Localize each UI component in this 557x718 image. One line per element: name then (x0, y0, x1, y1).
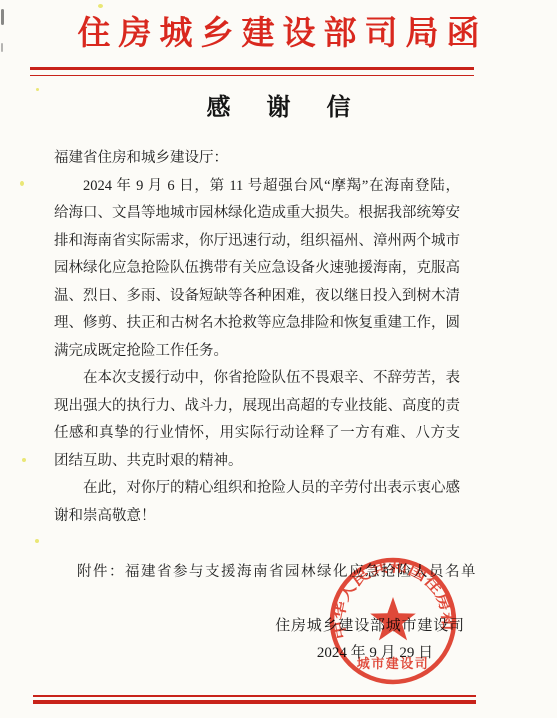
paragraph-1-line: 给海口、文昌等地城市园林绿化造成重大损失。根据我部统筹安 (54, 200, 460, 228)
paragraph-3-line: 谢和崇高敬意！ (54, 503, 460, 531)
scanned-letter-page: 住房城乡建设部司局函 感 谢 信 福建省住房和城乡建设厅： 2024 年 9 月… (0, 0, 557, 718)
paragraph-3-line: 在此，对你厅的精心组织和抢险人员的辛劳付出表示衷心感 (54, 475, 460, 503)
paragraph-1-line: 理、修剪、扶正和古树名木抢救等应急排险和恢复重建工作，圆 (54, 310, 460, 338)
official-seal: 中华人民共和国住房和城乡建设部 城市建设司 (325, 553, 461, 689)
scan-speck (20, 181, 24, 186)
paragraph-1-line: 温、烈日、多雨、设备短缺等各种困难，夜以继日投入到树木清 (54, 283, 460, 311)
paragraph-2-line: 任感和真挚的行业情怀，用实际行动诠释了一方有难、八方支援、 (54, 420, 460, 448)
scan-speck (36, 88, 39, 91)
scan-speck (98, 4, 103, 8)
letter-body: 福建省住房和城乡建设厅： 2024 年 9 月 6 日，第 11 号超强台风“摩… (54, 145, 460, 530)
document-title: 感 谢 信 (0, 94, 557, 122)
scan-speck (35, 539, 39, 543)
letterhead-rule-thin (30, 75, 474, 76)
footer-rule-thin (33, 695, 476, 697)
paragraph-1-line: 排和海南省实际需求，你厅迅速行动，组织福州、漳州两个城市 (54, 228, 460, 256)
footer-rule-thick (33, 700, 476, 704)
paragraph-2-line: 在本次支援行动中，你省抢险队伍不畏艰辛、不辞劳苦，表 (54, 365, 460, 393)
scan-smudge (1, 43, 3, 52)
paragraph-1-line: 满完成既定抢险工作任务。 (54, 338, 460, 366)
salutation: 福建省住房和城乡建设厅： (54, 145, 460, 173)
paragraph-2-line: 现出强大的执行力、战斗力，展现出高超的专业技能、高度的责 (54, 393, 460, 421)
scan-smudge (1, 9, 4, 25)
letterhead-title: 住房城乡建设部司局函 (0, 13, 557, 55)
paragraph-2-line: 团结互助、共克时艰的精神。 (54, 448, 460, 476)
paragraph-1-line: 园林绿化应急抢险队伍携带有关应急设备火速驰援海南，克服高 (54, 255, 460, 283)
letterhead-rule-thick (30, 67, 474, 70)
seal-bottom-text: 城市建设司 (357, 656, 430, 671)
seal-star-icon (370, 597, 416, 640)
paragraph-1-line: 2024 年 9 月 6 日，第 11 号超强台风“摩羯”在海南登陆， (54, 173, 460, 201)
scan-speck (22, 458, 26, 462)
